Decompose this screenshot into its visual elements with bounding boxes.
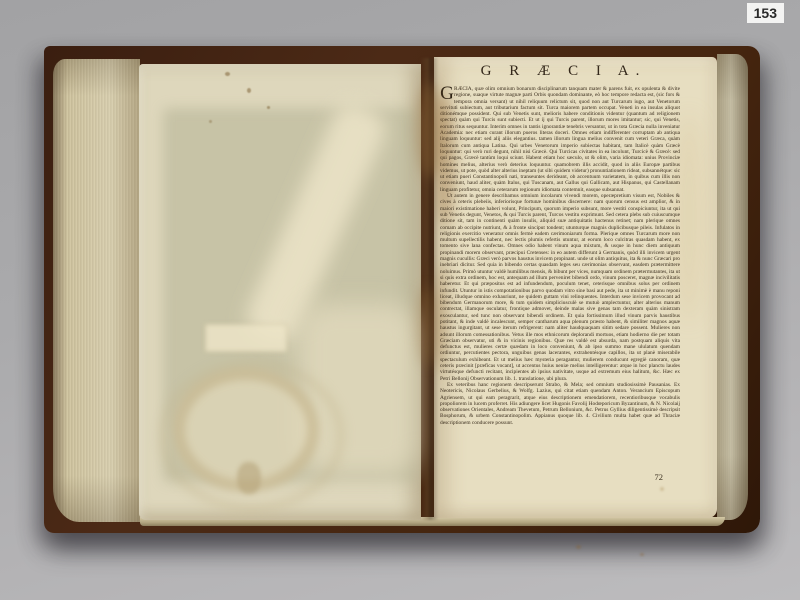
left-page-fore-edge [53, 59, 140, 522]
book: G R Æ C I A. GRÆCIA, quæ olim omnium bon… [44, 46, 760, 533]
right-page-fore-edge [717, 54, 748, 520]
page-number: 72 [440, 472, 680, 482]
ink-speck [225, 72, 230, 76]
page-header: G R Æ C I A. [440, 63, 680, 80]
right-text-page: G R Æ C I A. GRÆCIA, quæ olim omnium bon… [434, 57, 717, 518]
gutter-stain-top [416, 82, 444, 178]
gutter-stain-middle [416, 286, 438, 366]
photo-index-number: 153 [754, 5, 777, 21]
foxing-spot [660, 487, 664, 491]
paragraph-2: Ut autem in genere describamus omnium in… [440, 193, 680, 382]
ink-speck [247, 88, 251, 93]
drop-cap: G [440, 86, 454, 102]
ink-speck [267, 106, 270, 109]
left-blank-page [139, 64, 421, 520]
paragraph-1-text: RÆCIA, quæ olim omnium bonarum disciplin… [440, 86, 680, 193]
body-text: GRÆCIA, quæ olim omnium bonarum discipli… [440, 86, 680, 426]
photograph-background: 153 G R Æ C I A. GRÆCIA, q [0, 0, 800, 600]
cartouche-knob-showthrough [237, 462, 261, 494]
foxing-spot [576, 545, 581, 549]
photo-index-label: 153 [747, 3, 784, 23]
scalebar-showthrough [205, 324, 287, 352]
foxing-spot [640, 553, 644, 556]
paragraph-1: GRÆCIA, quæ olim omnium bonarum discipli… [440, 86, 680, 193]
paragraph-3: Ex veteribus hanc regionem descripserunt… [440, 382, 680, 426]
ink-speck [209, 120, 212, 123]
